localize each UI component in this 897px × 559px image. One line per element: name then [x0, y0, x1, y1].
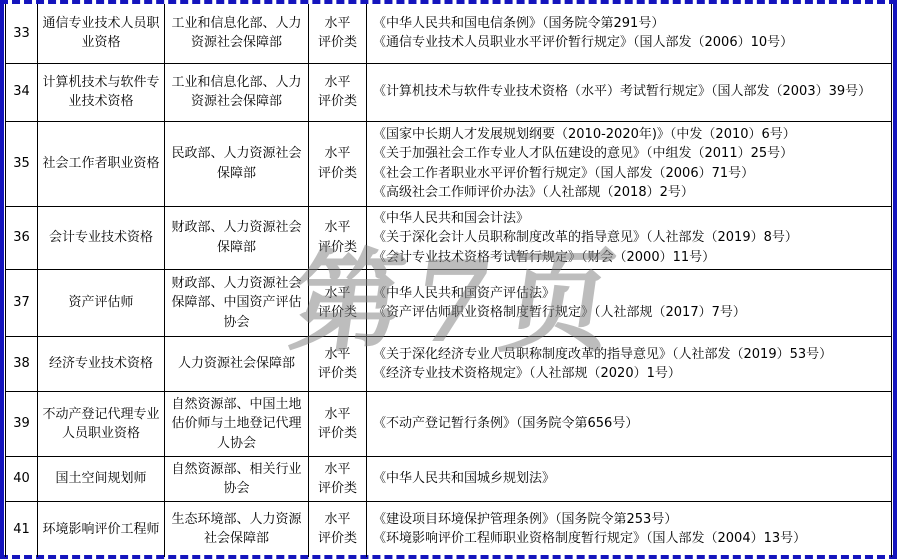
issuing-department: 财政部、人力资源社会保障部、中国资产评估协会 [165, 270, 309, 337]
issuing-department: 自然资源部、相关行业协会 [165, 457, 309, 502]
qualification-name: 社会工作者职业资格 [38, 121, 165, 206]
evaluation-type-line: 评价类 [312, 92, 363, 112]
table-row: 37资产评估师财政部、人力资源社会保障部、中国资产评估协会水平评价类《中华人民共… [6, 270, 892, 337]
basis-line: 《不动产登记暂行条例》（国务院令第656号） [373, 414, 887, 434]
issuing-department: 工业和信息化部、人力资源社会保障部 [165, 63, 309, 121]
evaluation-type-line: 水平 [312, 405, 363, 425]
basis-line: 《高级社会工作师评价办法》（人社部规（2018）2号） [373, 183, 887, 203]
issuing-department: 工业和信息化部、人力资源社会保障部 [165, 4, 309, 63]
basis-line: 《国家中长期人才发展规划纲要（2010-2020年)》（中发（2010）6号） [373, 125, 887, 145]
qualification-name: 资产评估师 [38, 270, 165, 337]
evaluation-type-line: 评价类 [312, 424, 363, 444]
qualification-table-body: 33通信专业技术人员职业资格工业和信息化部、人力资源社会保障部水平评价类《中华人… [6, 4, 892, 557]
evaluation-type-line: 水平 [312, 218, 363, 238]
evaluation-type-line: 水平 [312, 14, 363, 34]
qualification-name: 环境影响评价工程师 [38, 502, 165, 557]
evaluation-type-line: 评价类 [312, 164, 363, 184]
evaluation-type: 水平评价类 [309, 337, 367, 392]
basis-line: 《资产评估师职业资格制度暂行规定》（人社部规（2017）7号） [373, 303, 887, 323]
table-row: 38经济专业技术资格人力资源社会保障部水平评价类《关于深化经济专业人员职称制度改… [6, 337, 892, 392]
qualification-name: 不动产登记代理专业人员职业资格 [38, 392, 165, 457]
evaluation-type: 水平评价类 [309, 502, 367, 557]
row-number: 38 [6, 337, 38, 392]
basis-documents: 《不动产登记暂行条例》（国务院令第656号） [367, 392, 892, 457]
evaluation-type: 水平评价类 [309, 457, 367, 502]
basis-documents: 《中华人民共和国电信条例》（国务院令第291号）《通信专业技术人员职业水平评价暂… [367, 4, 892, 63]
basis-documents: 《中华人民共和国城乡规划法》 [367, 457, 892, 502]
evaluation-type-line: 评价类 [312, 364, 363, 384]
basis-documents: 《关于深化经济专业人员职称制度改革的指导意见》（人社部发（2019）53号）《经… [367, 337, 892, 392]
table-row: 41环境影响评价工程师生态环境部、人力资源社会保障部水平评价类《建设项目环境保护… [6, 502, 892, 557]
basis-line: 《社会工作者职业水平评价暂行规定》（国人部发（2006）71号） [373, 164, 887, 184]
table-row: 35社会工作者职业资格民政部、人力资源社会保障部水平评价类《国家中长期人才发展规… [6, 121, 892, 206]
row-number: 35 [6, 121, 38, 206]
issuing-department: 自然资源部、中国土地估价师与土地登记代理人协会 [165, 392, 309, 457]
basis-line: 《环境影响评价工程师职业资格制度暂行规定》（国人部发（2004）13号） [373, 529, 887, 549]
evaluation-type: 水平评价类 [309, 270, 367, 337]
basis-line: 《中华人民共和国资产评估法》 [373, 284, 887, 304]
basis-line: 《中华人民共和国电信条例》（国务院令第291号） [373, 14, 887, 34]
basis-documents: 《中华人民共和国会计法》《关于深化会计人员职称制度改革的指导意见》（人社部发（2… [367, 206, 892, 270]
evaluation-type-line: 水平 [312, 284, 363, 304]
evaluation-type: 水平评价类 [309, 63, 367, 121]
table-row: 34计算机技术与软件专业技术资格工业和信息化部、人力资源社会保障部水平评价类《计… [6, 63, 892, 121]
basis-documents: 《计算机技术与软件专业技术资格（水平）考试暂行规定》（国人部发（2003）39号… [367, 63, 892, 121]
qualification-name: 计算机技术与软件专业技术资格 [38, 63, 165, 121]
issuing-department: 人力资源社会保障部 [165, 337, 309, 392]
basis-line: 《计算机技术与软件专业技术资格（水平）考试暂行规定》（国人部发（2003）39号… [373, 82, 887, 102]
evaluation-type-line: 水平 [312, 73, 363, 93]
qualification-name: 经济专业技术资格 [38, 337, 165, 392]
basis-documents: 《中华人民共和国资产评估法》《资产评估师职业资格制度暂行规定》（人社部规（201… [367, 270, 892, 337]
basis-line: 《通信专业技术人员职业水平评价暂行规定》（国人部发（2006）10号） [373, 33, 887, 53]
basis-line: 《关于深化经济专业人员职称制度改革的指导意见》（人社部发（2019）53号） [373, 345, 887, 365]
row-number: 41 [6, 502, 38, 557]
table-row: 33通信专业技术人员职业资格工业和信息化部、人力资源社会保障部水平评价类《中华人… [6, 4, 892, 63]
evaluation-type-line: 水平 [312, 510, 363, 530]
basis-line: 《中华人民共和国城乡规划法》 [373, 469, 887, 489]
qualification-table: 33通信专业技术人员职业资格工业和信息化部、人力资源社会保障部水平评价类《中华人… [5, 4, 892, 557]
evaluation-type: 水平评价类 [309, 121, 367, 206]
basis-line: 《经济专业技术资格规定》（人社部规（2020）1号） [373, 364, 887, 384]
table-row: 39不动产登记代理专业人员职业资格自然资源部、中国土地估价师与土地登记代理人协会… [6, 392, 892, 457]
evaluation-type-line: 水平 [312, 144, 363, 164]
basis-documents: 《国家中长期人才发展规划纲要（2010-2020年)》（中发（2010）6号）《… [367, 121, 892, 206]
evaluation-type: 水平评价类 [309, 4, 367, 63]
row-number: 40 [6, 457, 38, 502]
evaluation-type-line: 评价类 [312, 303, 363, 323]
table-row: 40国土空间规划师自然资源部、相关行业协会水平评价类《中华人民共和国城乡规划法》 [6, 457, 892, 502]
table-row: 36会计专业技术资格财政部、人力资源社会保障部水平评价类《中华人民共和国会计法》… [6, 206, 892, 270]
evaluation-type-line: 评价类 [312, 33, 363, 53]
basis-line: 《会计专业技术资格考试暂行规定》（财会（2000）11号） [373, 248, 887, 268]
evaluation-type-line: 水平 [312, 460, 363, 480]
issuing-department: 生态环境部、人力资源社会保障部 [165, 502, 309, 557]
row-number: 34 [6, 63, 38, 121]
issuing-department: 民政部、人力资源社会保障部 [165, 121, 309, 206]
evaluation-type-line: 评价类 [312, 479, 363, 499]
evaluation-type-line: 评价类 [312, 238, 363, 258]
basis-line: 《关于深化会计人员职称制度改革的指导意见》（人社部发（2019）8号） [373, 228, 887, 248]
qualification-name: 国土空间规划师 [38, 457, 165, 502]
qualification-name: 通信专业技术人员职业资格 [38, 4, 165, 63]
basis-line: 《中华人民共和国会计法》 [373, 209, 887, 229]
evaluation-type-line: 水平 [312, 345, 363, 365]
evaluation-type-line: 评价类 [312, 529, 363, 549]
row-number: 37 [6, 270, 38, 337]
row-number: 39 [6, 392, 38, 457]
qualification-name: 会计专业技术资格 [38, 206, 165, 270]
row-number: 33 [6, 4, 38, 63]
issuing-department: 财政部、人力资源社会保障部 [165, 206, 309, 270]
evaluation-type: 水平评价类 [309, 206, 367, 270]
basis-line: 《建设项目环境保护管理条例》（国务院令第253号） [373, 510, 887, 530]
evaluation-type: 水平评价类 [309, 392, 367, 457]
basis-documents: 《建设项目环境保护管理条例》（国务院令第253号）《环境影响评价工程师职业资格制… [367, 502, 892, 557]
row-number: 36 [6, 206, 38, 270]
basis-line: 《关于加强社会工作专业人才队伍建设的意见》（中组发（2011）25号） [373, 144, 887, 164]
